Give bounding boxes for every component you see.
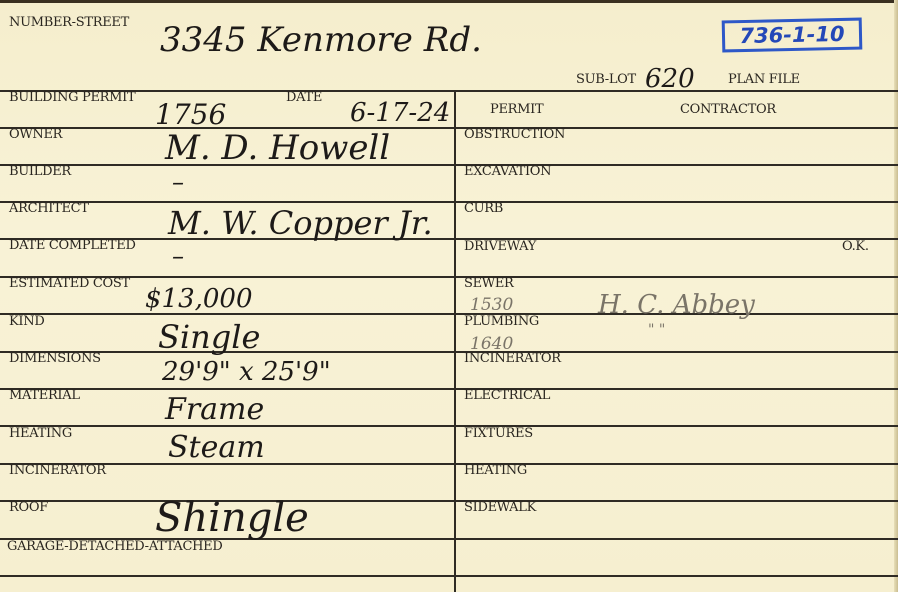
number-street-value: 3345 Kenmore Rd. [160,20,482,60]
number-street-label: NUMBER-STREET [9,15,129,30]
driveway-note: O.K. [842,239,869,254]
garage-label: GARAGE-DETACHED-ATTACHED [7,539,222,554]
date-value: 6-17-24 [350,98,450,128]
permit-driveway: DRIVEWAY [464,239,536,254]
sewer-number: 1530 [470,295,513,315]
estimated-cost-value: $13,000 [145,284,253,314]
date-completed-value: – [172,242,184,270]
architect-value: M. W. Copper Jr. [168,204,433,242]
permit-heating: HEATING [464,463,527,478]
builder-value: – [172,168,184,196]
rule [0,388,898,390]
plan-file-label: PLAN FILE [728,72,800,87]
permit-fixtures: FIXTURES [464,426,533,441]
material-label: MATERIAL [9,388,80,403]
card-top-edge [0,0,898,3]
rule [0,500,898,502]
permit-excavation: EXCAVATION [464,164,551,179]
permit-card: NUMBER-STREET 3345 Kenmore Rd. 736-1-10 … [0,0,898,592]
rule [0,276,898,278]
heating-label: HEATING [9,426,72,441]
owner-value: M. D. Howell [165,128,390,168]
contractor-column-header: CONTRACTOR [680,102,776,117]
rule [0,164,898,166]
rule [0,425,898,427]
date-completed-label: DATE COMPLETED [9,238,136,253]
card-right-edge [894,0,898,592]
rule [0,313,898,315]
building-permit-value: 1756 [155,98,226,131]
estimated-cost-label: ESTIMATED COST [9,276,130,291]
rule [0,463,898,465]
rule [0,351,898,353]
builder-label: BUILDER [9,164,71,179]
rule [0,201,898,203]
sub-lot-label: SUB-LOT [576,72,636,87]
building-permit-label: BUILDING PERMIT [9,90,135,105]
heating-value: Steam [168,430,265,465]
architect-label: ARCHITECT [9,201,89,216]
permit-sewer: SEWER [464,276,514,291]
dimensions-label: DIMENSIONS [9,351,101,366]
dimensions-value: 29'9" x 25'9" [162,357,331,387]
kind-value: Single [158,318,260,356]
permit-column-header: PERMIT [490,102,543,117]
permit-sidewalk: SIDEWALK [464,500,536,515]
plumbing-contractor: " " [648,322,665,338]
column-divider [454,90,456,592]
rule [0,575,898,577]
material-value: Frame [165,392,264,427]
permit-plumbing: PLUMBING [464,314,539,329]
file-number-stamp: 736-1-10 [722,18,863,53]
permit-electrical: ELECTRICAL [464,388,550,403]
permit-obstruction: OBSTRUCTION [464,127,565,142]
kind-label: KIND [9,314,44,329]
incinerator-label: INCINERATOR [9,463,106,478]
roof-label: ROOF [9,500,48,515]
permit-curb: CURB [464,201,503,216]
owner-label: OWNER [9,127,62,142]
sewer-contractor: H. C. Abbey [598,290,755,320]
roof-value: Shingle [155,495,309,541]
date-label: DATE [286,90,322,105]
permit-incinerator: INCINERATOR [464,351,561,366]
